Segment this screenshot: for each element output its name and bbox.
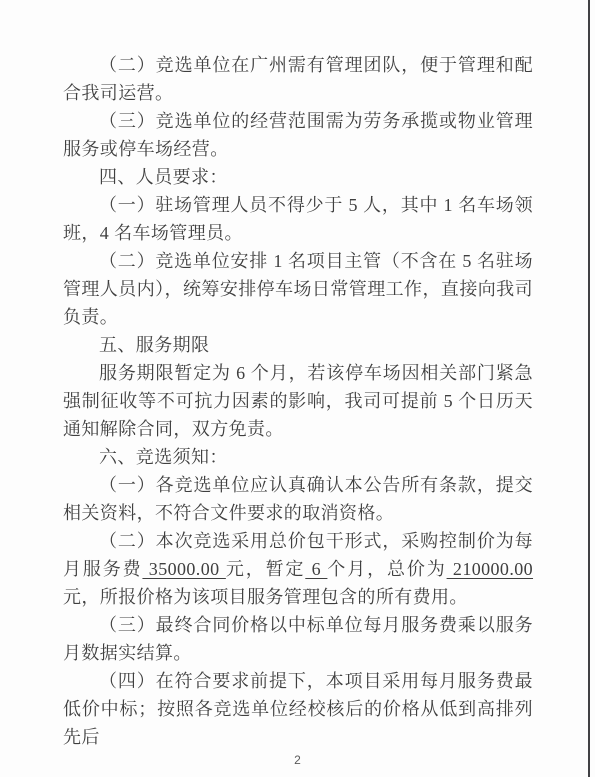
- paragraph-text: 四、人员要求：: [99, 167, 228, 187]
- paragraph-text: 服务期限暂定为 6 个月，若该停车场因相关部门紧急强制征收等不可抗力因素的影响，…: [63, 363, 533, 439]
- paragraph-text: 五、服务期限: [99, 335, 209, 355]
- paragraph: （三）竞选单位的经营范围需为劳务承揽或物业管理服务或停车场经营。: [63, 107, 533, 163]
- paragraph: 五、服务期限: [63, 331, 533, 359]
- underlined-value: 35000.00: [142, 559, 225, 579]
- paragraph-text: （一）驻场管理人员不得少于 5 人，其中 1 名车场领班，4 名车场管理员。: [63, 195, 533, 243]
- underlined-value: 210000.00: [447, 559, 533, 579]
- paragraph-text: 六、竞选须知：: [99, 447, 228, 467]
- paragraph: （四）在符合要求前提下，本项目采用每月服务费最低价中标；按照各竞选单位经校核后的…: [63, 667, 533, 751]
- paragraph-text: （四）在符合要求前提下，本项目采用每月服务费最低价中标；按照各竞选单位经校核后的…: [63, 671, 533, 747]
- paragraph-text: 个月，总价为: [327, 559, 446, 579]
- paragraph-text: （三）最终合同价格以中标单位每月服务费乘以服务月数据实结算。: [63, 615, 533, 663]
- paragraph: （一）各竞选单位应认真确认本公告所有条款，提交相关资料，不符合文件要求的取消资格…: [63, 471, 533, 527]
- page-number: 2: [0, 753, 595, 767]
- paragraph-text: （二）竞选单位安排 1 名项目主管（不含在 5 名驻场管理人员内），统筹安排停车…: [63, 251, 533, 327]
- paragraph-text: （一）各竞选单位应认真确认本公告所有条款，提交相关资料，不符合文件要求的取消资格…: [63, 475, 533, 523]
- paragraph: 六、竞选须知：: [63, 443, 533, 471]
- scan-artifact-line: [588, 0, 590, 777]
- paragraph-text: （二）竞选单位在广州需有管理团队，便于管理和配合我司运营。: [63, 55, 533, 103]
- paragraph: 四、人员要求：: [63, 163, 533, 191]
- paragraph: （二）本次竞选采用总价包干形式，采购控制价为每月服务费 35000.00 元，暂…: [63, 527, 533, 611]
- paragraph: （二）竞选单位安排 1 名项目主管（不含在 5 名驻场管理人员内），统筹安排停车…: [63, 247, 533, 331]
- paragraph: 服务期限暂定为 6 个月，若该停车场因相关部门紧急强制征收等不可抗力因素的影响，…: [63, 359, 533, 443]
- paragraph: （三）最终合同价格以中标单位每月服务费乘以服务月数据实结算。: [63, 611, 533, 667]
- underlined-value: 6: [305, 559, 327, 579]
- paragraph: （二）竞选单位在广州需有管理团队，便于管理和配合我司运营。: [63, 51, 533, 107]
- paragraph: （一）驻场管理人员不得少于 5 人，其中 1 名车场领班，4 名车场管理员。: [63, 191, 533, 247]
- paragraph-text: 元，所报价格为该项目服务管理包含的所有费用。: [63, 587, 468, 607]
- paragraph-text: 元，暂定: [226, 559, 305, 579]
- document-body: （二）竞选单位在广州需有管理团队，便于管理和配合我司运营。（三）竞选单位的经营范…: [63, 51, 533, 751]
- paragraph-text: （三）竞选单位的经营范围需为劳务承揽或物业管理服务或停车场经营。: [63, 111, 533, 159]
